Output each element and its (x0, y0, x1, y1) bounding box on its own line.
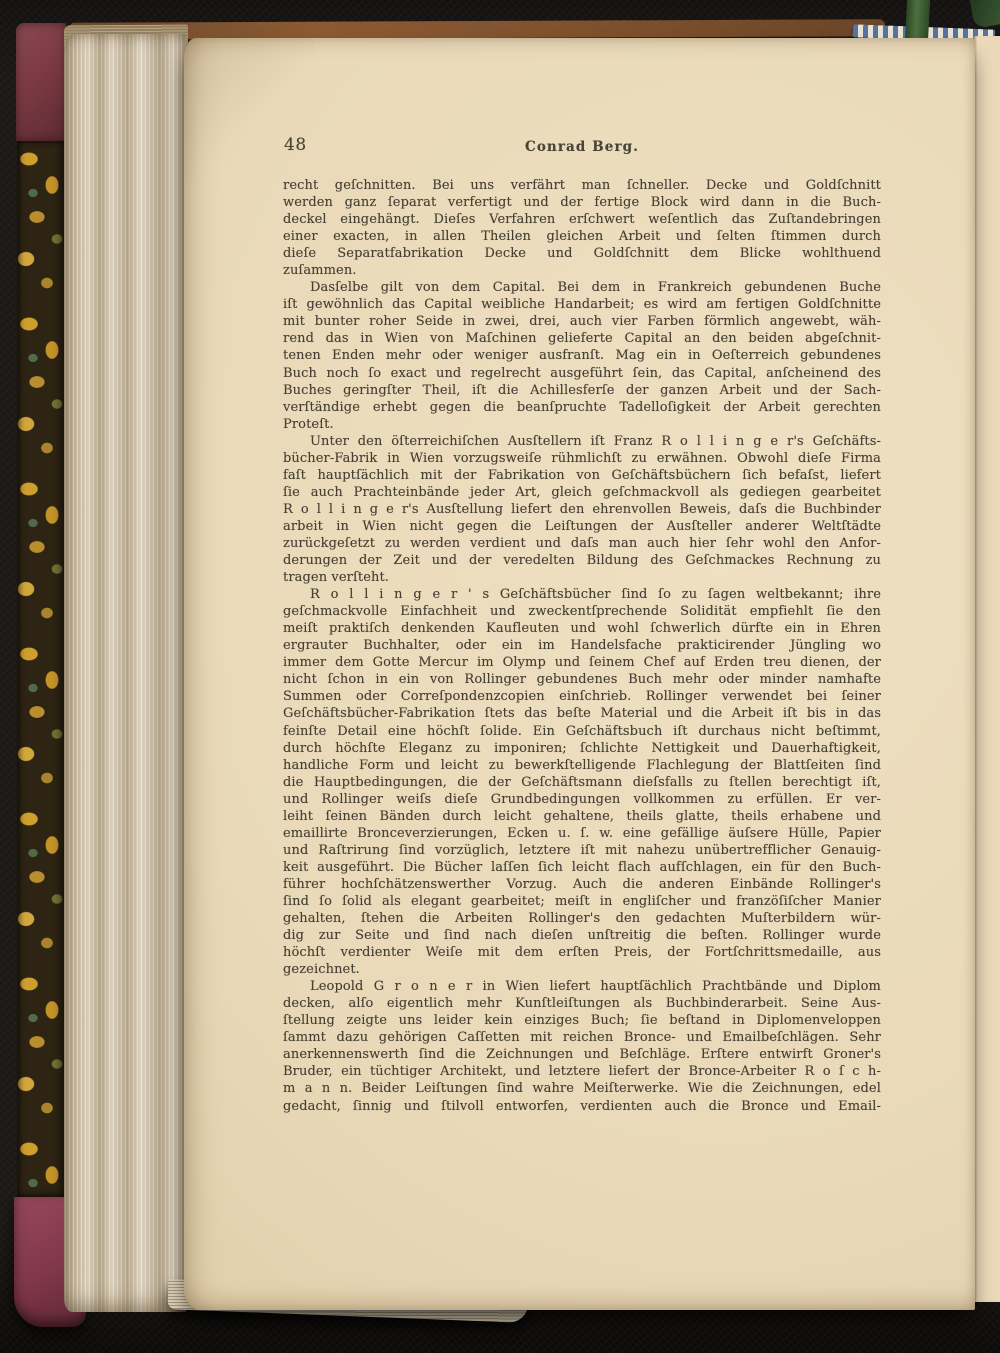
paragraph: recht geſchnitten. Bei uns verfährt man … (283, 177, 881, 279)
text-line: arbeit in Wien nicht gegen die Leiſtunge… (283, 518, 881, 535)
text-line: tragen verſteht. (283, 569, 881, 586)
text-line: immer dem Gotte Mercur im Olymp und ſein… (283, 654, 881, 671)
text-line: meiſt praktiſch denkenden Kaufleuten und… (283, 620, 881, 637)
text-line: Leopold G r o n e r in Wien liefert haup… (283, 978, 881, 995)
book-top-leather-edge (70, 19, 885, 40)
text-line: durch höchſte Eleganz zu imponiren; ſchl… (283, 740, 881, 757)
text-line: handliche Form und leicht zu bewerkſtell… (283, 757, 881, 774)
text-line: geſchmackvolle Einfachheit und zweckentſ… (283, 603, 881, 620)
marbled-cover-edge (17, 141, 65, 1197)
text-line: Proteſt. (283, 416, 881, 433)
printed-area: 48 Conrad Berg. recht geſchnitten. Bei u… (283, 38, 881, 1310)
text-line: und Rollinger weiſs dieſe Grundbedingung… (283, 791, 881, 808)
text-line: gedacht, ſinnig und ſtilvoll entworfen, … (283, 1098, 881, 1115)
text-line: ſie auch Prachteinbände jeder Art, gleic… (283, 484, 881, 501)
text-line: dig zur Seite und ſind nach dieſen unſtr… (283, 927, 881, 944)
text-line: anerkennenswerth ſind die Zeichnungen un… (283, 1046, 881, 1063)
text-line: einer exacten, in allen Theilen gleichen… (283, 228, 881, 245)
text-line: emaillirte Bronceverzierungen, Ecken u. … (283, 825, 881, 842)
text-line: R o l l i n g e r's Ausſtellung liefert … (283, 501, 881, 518)
text-line: Unter den öſterreichiſchen Ausſtellern i… (283, 433, 881, 450)
text-line: werden ganz ſeparat verfertigt und der f… (283, 194, 881, 211)
text-line: führer hochſchätzenswerther Vorzug. Auch… (283, 876, 881, 893)
text-line: tenen Enden mehr oder weniger ausfranſt.… (283, 347, 881, 364)
text-line: Bruder, ein tüchtiger Architekt, und let… (283, 1063, 881, 1080)
text-line: die Hauptbedingungen, die der Geſchäftsm… (283, 774, 881, 791)
paragraph: Unter den öſterreichiſchen Ausſtellern i… (283, 433, 881, 586)
text-line: rend das in Wien von Maſchinen geliefert… (283, 330, 881, 347)
text-line: deckel eingehängt. Dieſes Verfahren erſc… (283, 211, 881, 228)
text-line: zurückgeſetzt zu werden verdient und daſ… (283, 535, 881, 552)
running-header: Conrad Berg. (283, 139, 881, 155)
paragraph: R o l l i n g e r ' s Geſchäftsbücher ſi… (283, 586, 881, 978)
text-line: höchſt verdienter Weiſe mit dem erſten P… (283, 944, 881, 961)
text-line: ſind ſo ſolid als elegant gearbeitet; me… (283, 893, 881, 910)
body-text: recht geſchnitten. Bei uns verfährt man … (283, 177, 881, 1115)
text-line: keit ausgeführt. Die Bücher laſſen ſich … (283, 859, 881, 876)
book-page: 48 Conrad Berg. recht geſchnitten. Bei u… (184, 38, 975, 1310)
text-line: decken, alſo eigentlich mehr Kunſtleiſtu… (283, 995, 881, 1012)
text-line: Buches geringſter Theil, iſt die Achille… (283, 382, 881, 399)
text-line: Summen oder Correſpondenzcopien einſchri… (283, 688, 881, 705)
text-line: mit bunter roher Seide in zwei, drei, au… (283, 313, 881, 330)
text-line: gehalten, ſtehen die Arbeiten Rollinger'… (283, 910, 881, 927)
text-line: ergrauter Buchhalter, oder ein im Handel… (283, 637, 881, 654)
leather-corner-top (16, 23, 66, 141)
text-line: feinſte Detail eine höchſt ſolide. Ein G… (283, 723, 881, 740)
paragraph: Dasſelbe gilt von dem Capital. Bei dem i… (283, 279, 881, 432)
text-line: bücher-Fabrik in Wien vorzugsweiſe rühml… (283, 450, 881, 467)
next-page-edge (974, 36, 1000, 1302)
text-line: nicht ſchon in ein von Rollinger gebunde… (283, 671, 881, 688)
text-line: Buch noch ſo exact und regelrecht ausgef… (283, 365, 881, 382)
text-line: faſt hauptſächlich mit der Fabrikation v… (283, 467, 881, 484)
fore-edge-page-stack (64, 34, 186, 1312)
text-line: recht geſchnitten. Bei uns verfährt man … (283, 177, 881, 194)
photographed-book-scene: 48 Conrad Berg. recht geſchnitten. Bei u… (0, 0, 1000, 1353)
text-line: dieſe Separatfabrikation Decke und Goldſ… (283, 245, 881, 262)
text-line: zuſammen. (283, 262, 881, 279)
text-line: und Raſtrirung ſind vorzüglich, letztere… (283, 842, 881, 859)
text-line: verſtändige erhebt gegen die beanſprucht… (283, 399, 881, 416)
text-line: gezeichnet. (283, 961, 881, 978)
paragraph: Leopold G r o n e r in Wien liefert haup… (283, 978, 881, 1114)
text-line: ſtellung zeigte uns leider kein einziges… (283, 1012, 881, 1029)
text-line: leiht ſeinen Bänden durch leicht gehalte… (283, 808, 881, 825)
text-line: Dasſelbe gilt von dem Capital. Bei dem i… (283, 279, 881, 296)
text-line: derungen der Zeit und der veredelten Bil… (283, 552, 881, 569)
text-line: ſammt dazu gehörigen Caſſetten mit reich… (283, 1029, 881, 1046)
bookmark-ribbon-corner (970, 0, 1000, 29)
text-line: iſt gewöhnlich das Capital weibliche Han… (283, 296, 881, 313)
text-line: R o l l i n g e r ' s Geſchäftsbücher ſi… (283, 586, 881, 603)
text-line: m a n n. Beider Leiſtungen ſind wahre Me… (283, 1080, 881, 1097)
text-line: Geſchäftsbücher-Fabrikation ſtets das be… (283, 705, 881, 722)
